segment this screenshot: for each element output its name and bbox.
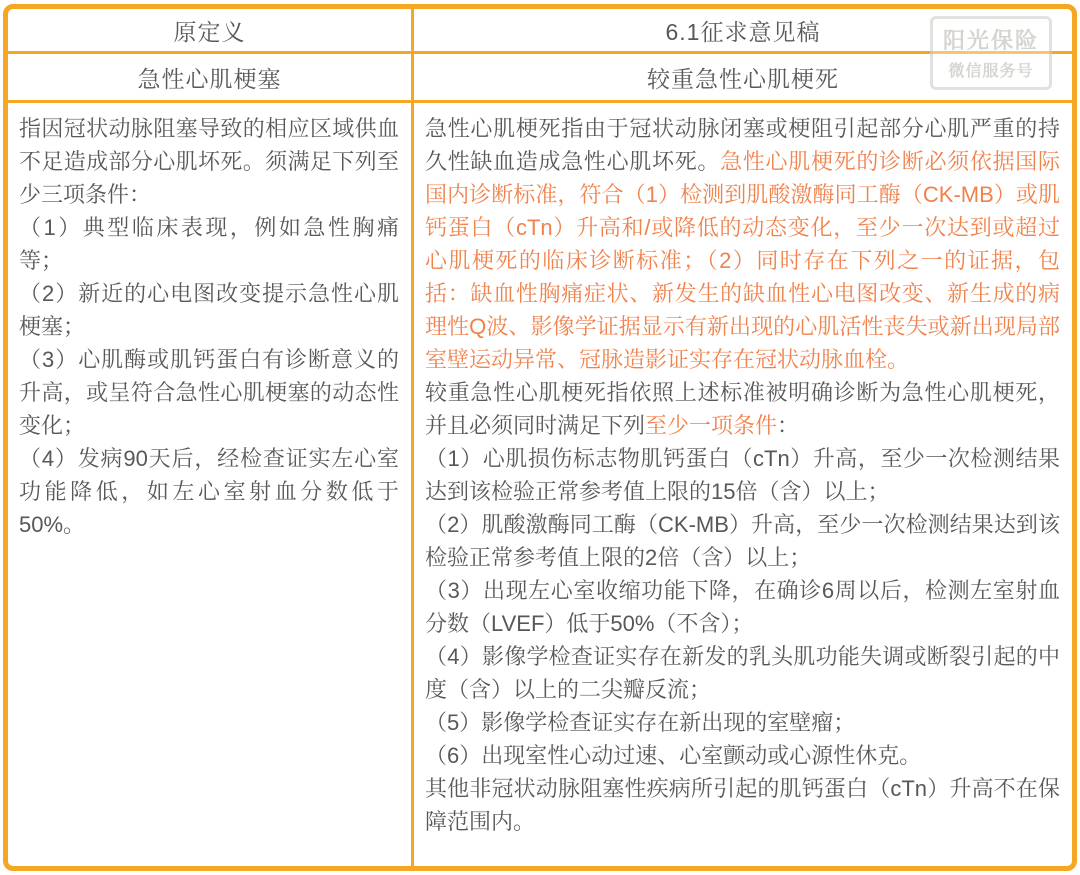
watermark-brand-text: 阳光保险 <box>939 24 1043 55</box>
text-segment: （4）发病90天后，经检查证实左心室功能降低，如左心室射血分数低于50%。 <box>19 446 399 537</box>
definition-paragraph: （2）肌酸激酶同工酶（CK-MB）升高，至少一次检测结果达到该检验正常参考值上限… <box>425 508 1060 574</box>
comparison-table-grid: 原定义 6.1征求意见稿 急性心肌梗塞 较重急性心肌梗死 指因冠状动脉阻塞导致的… <box>8 9 1072 866</box>
definition-paragraph: （1）心肌损伤标志物肌钙蛋白（cTn）升高，至少一次检测结果达到该检验正常参考值… <box>425 442 1060 508</box>
definition-cell-original: 指因冠状动脉阻塞导致的相应区域供血不足造成部分心肌坏死。须满足下列至少三项条件：… <box>8 103 414 866</box>
watermark-account-text: 微信服务号 <box>939 58 1043 81</box>
definition-paragraph: （1）典型临床表现，例如急性胸痛等； <box>19 211 399 277</box>
text-segment: ： <box>777 413 799 438</box>
definition-paragraph: （5）影像学检查证实存在新出现的室壁瘤； <box>425 706 1060 739</box>
definition-paragraph: 其他非冠状动脉阻塞性疾病所引起的肌钙蛋白（cTn）升高不在保障范围内。 <box>425 772 1060 838</box>
subheader-original-term: 急性心肌梗塞 <box>8 54 414 103</box>
text-segment: （3）出现左心室收缩功能下降，在确诊6周以后，检测左室射血分数（LVEF）低于5… <box>425 578 1060 636</box>
comparison-table: 原定义 6.1征求意见稿 急性心肌梗塞 较重急性心肌梗死 指因冠状动脉阻塞导致的… <box>3 4 1077 871</box>
text-segment: （6）出现室性心动过速、心室颤动或心源性休克。 <box>425 743 921 768</box>
watermark-badge: 阳光保险 微信服务号 <box>930 16 1052 90</box>
text-segment: （3）心肌酶或肌钙蛋白有诊断意义的升高，或呈符合急性心肌梗塞的动态性变化； <box>19 347 399 438</box>
definition-paragraph: 较重急性心肌梗死指依照上述标准被明确诊断为急性心肌梗死，并且必须同时满足下列至少… <box>425 376 1060 442</box>
text-segment: （5）影像学检查证实存在新出现的室壁瘤； <box>425 710 855 735</box>
definition-paragraph: 急性心肌梗死指由于冠状动脉闭塞或梗阻引起部分心肌严重的持久性缺血造成急性心肌坏死… <box>425 112 1060 376</box>
header-original-definition: 原定义 <box>8 9 414 54</box>
text-segment: （2）新近的心电图改变提示急性心肌梗塞； <box>19 281 399 339</box>
definition-paragraph: 指因冠状动脉阻塞导致的相应区域供血不足造成部分心肌坏死。须满足下列至少三项条件： <box>19 112 399 211</box>
text-segment: （1）心肌损伤标志物肌钙蛋白（cTn）升高，至少一次检测结果达到该检验正常参考值… <box>425 446 1060 504</box>
definition-paragraph: （3）出现左心室收缩功能下降，在确诊6周以后，检测左室射血分数（LVEF）低于5… <box>425 574 1060 640</box>
definition-paragraph: （3）心肌酶或肌钙蛋白有诊断意义的升高，或呈符合急性心肌梗塞的动态性变化； <box>19 343 399 442</box>
definition-paragraph: （4）发病90天后，经检查证实左心室功能降低，如左心室射血分数低于50%。 <box>19 442 399 541</box>
highlighted-text-segment: 至少一项条件 <box>645 413 777 438</box>
definition-paragraph: （4）影像学检查证实存在新发的乳头肌功能失调或断裂引起的中度（含）以上的二尖瓣反… <box>425 640 1060 706</box>
text-segment: 其他非冠状动脉阻塞性疾病所引起的肌钙蛋白（cTn）升高不在保障范围内。 <box>425 776 1060 834</box>
text-segment: （4）影像学检查证实存在新发的乳头肌功能失调或断裂引起的中度（含）以上的二尖瓣反… <box>425 644 1060 702</box>
definition-cell-new: 急性心肌梗死指由于冠状动脉闭塞或梗阻引起部分心肌严重的持久性缺血造成急性心肌坏死… <box>414 103 1072 866</box>
text-segment: （2）肌酸激酶同工酶（CK-MB）升高，至少一次检测结果达到该检验正常参考值上限… <box>425 512 1060 570</box>
highlighted-text-segment: 急性心肌梗死的诊断必须依据国际国内诊断标准，符合（1）检测到肌酸激酶同工酶（CK… <box>425 149 1060 372</box>
text-segment: 指因冠状动脉阻塞导致的相应区域供血不足造成部分心肌坏死。须满足下列至少三项条件： <box>19 116 399 207</box>
text-segment: （1）典型临床表现，例如急性胸痛等； <box>19 215 399 273</box>
definition-paragraph: （2）新近的心电图改变提示急性心肌梗塞； <box>19 277 399 343</box>
definition-paragraph: （6）出现室性心动过速、心室颤动或心源性休克。 <box>425 739 1060 772</box>
